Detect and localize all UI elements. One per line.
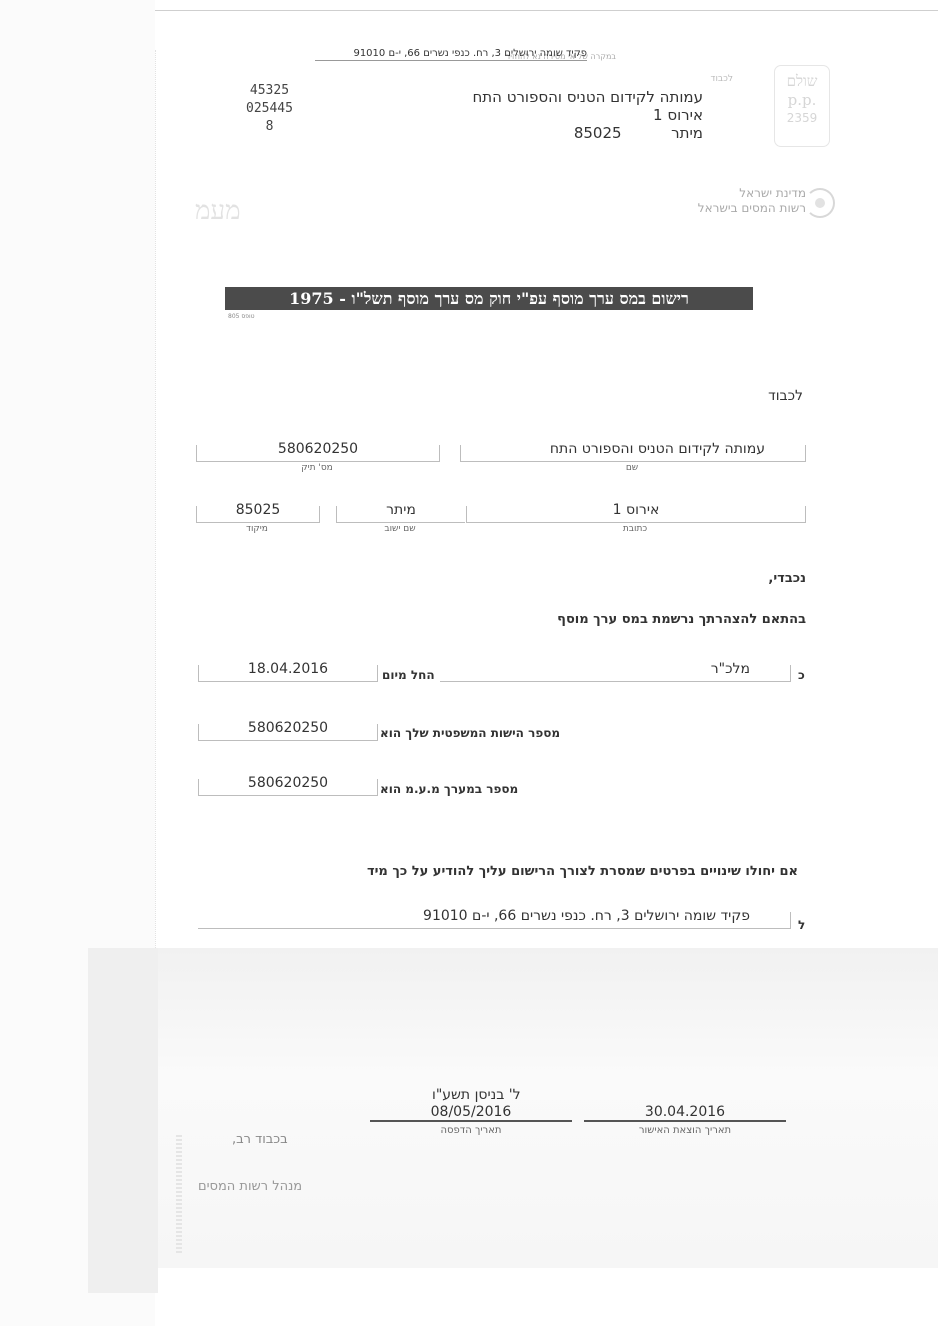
type-prefix: כ <box>798 668 805 682</box>
name-caption: שם <box>460 463 804 473</box>
registration-type-field: מלכ"ר <box>440 665 791 682</box>
intro-text: בהתאם להצהרתך נרשמת במס ערך מוסף <box>557 612 806 627</box>
closing: בכבוד רב, <box>232 1132 288 1147</box>
authority-name: רשות המסים בישראל <box>698 201 806 216</box>
recipient-name: עמותה לקידום הטניס והספורט התח <box>473 88 704 106</box>
vat-number-label: מספר במערך מ.ע.מ הוא <box>380 782 518 796</box>
file-number-caption: מס' תיק <box>196 463 438 473</box>
vat-logo-icon: מעמ <box>195 196 241 226</box>
recipient-block: עמותה לקידום הטניס והספורט התח אירוס 1 מ… <box>473 88 704 142</box>
vat-number-value: 580620250 <box>199 775 377 791</box>
issue-date-label: תאריך הוצאת האישור <box>584 1125 786 1136</box>
vat-number-field: 580620250 <box>198 779 378 796</box>
file-number-field: 580620250 <box>196 445 440 462</box>
entity-number-value: 580620250 <box>199 720 377 736</box>
address-value: אירוס 1 <box>467 502 805 518</box>
notify-office-field: פקיד שומה ירושלים 3, רח. כנפי נשרים 66, … <box>198 912 791 929</box>
change-notice: אם יחולו שינויים בפרטים שמסרת לצורך הריש… <box>367 864 798 879</box>
recipient-street: אירוס 1 <box>473 106 704 124</box>
address-caption: כתובת <box>466 524 804 534</box>
address-field: אירוס 1 <box>466 506 806 523</box>
mail-codes: 45325 025445 8 <box>246 82 293 136</box>
entity-number-label: מספר הישות המשפטית שלך הוא <box>380 726 560 740</box>
return-address: פקיד שומה ירושלים 3, רח. כנפי נשרים 66, … <box>315 48 587 61</box>
print-date-label: תאריך הדפסה <box>370 1125 572 1136</box>
tax-authority-logo-icon <box>805 188 835 218</box>
to-label-small: לכבוד <box>711 74 733 84</box>
start-date-value: 18.04.2016 <box>199 661 377 677</box>
code-line: 025445 <box>246 100 293 118</box>
recipient-city-line: מיתר 85025 <box>473 124 704 142</box>
recipient-zip: 85025 <box>574 124 622 142</box>
code-line: 45325 <box>246 82 293 100</box>
notify-office-value: פקיד שומה ירושלים 3, רח. כנפי נשרים 66, … <box>198 908 790 924</box>
organization: מדינת ישראל רשות המסים בישראל <box>698 186 806 216</box>
stamp-paid: שולם <box>775 72 829 91</box>
signer-title: מנהל רשות המסים <box>198 1179 302 1194</box>
hebrew-date: ל' בניסן תשע"ו <box>432 1087 521 1103</box>
scan-shadow <box>88 948 158 1293</box>
form-number: טופס 805 <box>228 313 255 320</box>
name-value: עמותה לקידום הטניס והספורט התח <box>461 441 805 457</box>
code-line: 8 <box>246 118 293 136</box>
print-date: 08/05/2016 <box>370 1104 572 1122</box>
start-date-label: החל מיום <box>382 668 435 682</box>
notify-prefix: ל <box>798 918 805 932</box>
start-date-field: 18.04.2016 <box>198 665 378 682</box>
stamp-pp: p.p. <box>775 91 829 109</box>
entity-number-field: 580620250 <box>198 724 378 741</box>
recipient-city: מיתר <box>671 124 703 142</box>
vertical-print-code <box>176 1135 182 1255</box>
city-field: מיתר <box>336 506 465 523</box>
zip-field: 85025 <box>196 506 320 523</box>
zip-caption: מיקוד <box>196 524 318 534</box>
city-value: מיתר <box>337 502 465 518</box>
greeting: נכבדי, <box>768 571 806 586</box>
stamp-number: 2359 <box>775 111 829 125</box>
zip-value: 85025 <box>197 502 319 518</box>
scan-edge-line <box>22 10 938 11</box>
state-name: מדינת ישראל <box>698 186 806 201</box>
postage-stamp: שולם p.p. 2359 <box>774 65 830 147</box>
to-label: לכבוד <box>768 388 803 404</box>
city-caption: שם ישוב <box>336 524 464 534</box>
name-field: עמותה לקידום הטניס והספורט התח <box>460 445 806 462</box>
issue-date: 30.04.2016 <box>584 1104 786 1122</box>
registration-type-value: מלכ"ר <box>440 661 790 677</box>
document-title: רישום במס ערך מוסף עפ"י חוק מס ערך מוסף … <box>225 287 753 310</box>
file-number-value: 580620250 <box>197 441 439 457</box>
